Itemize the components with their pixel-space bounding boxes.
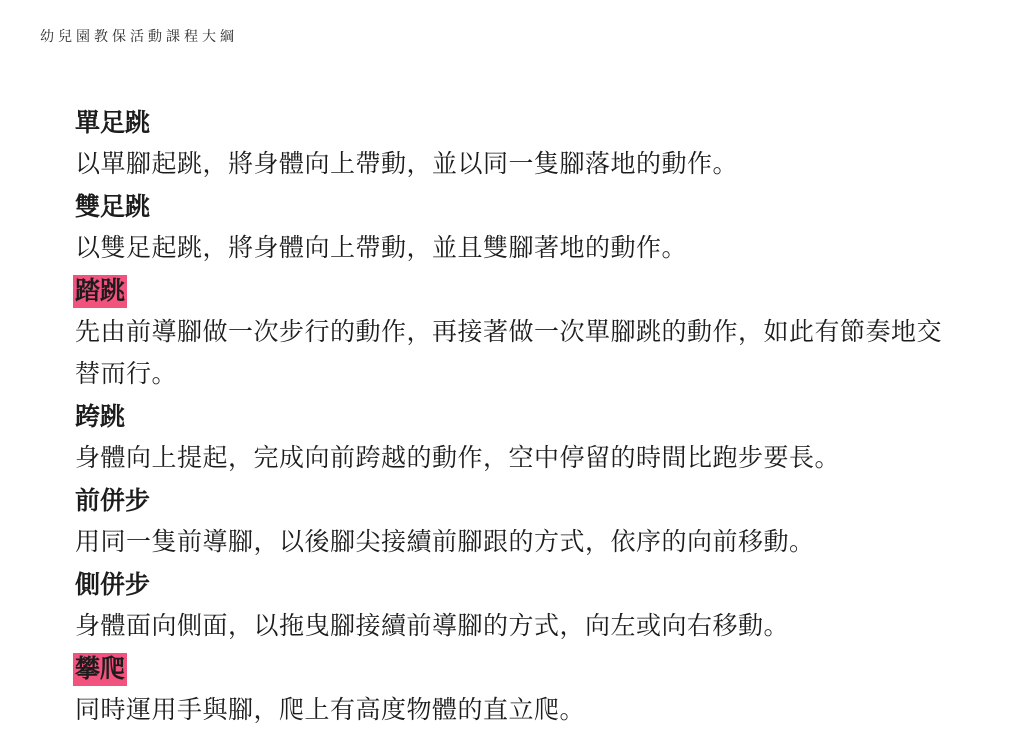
glossary-content: 單足跳 以單腳起跳，將身體向上帶動，並以同一隻腳落地的動作。 雙足跳 以雙足起跳… xyxy=(75,102,961,732)
term-text: 單足跳 xyxy=(73,107,152,140)
term-definition: 身體面向側面，以拖曳腳接續前導腳的方式，向左或向右移動。 xyxy=(75,606,961,648)
glossary-entry: 攀爬 同時運用手與腳，爬上有高度物體的直立爬。 xyxy=(75,648,961,732)
term-text: 跨跳 xyxy=(73,401,127,434)
term-heading: 攀爬 xyxy=(75,648,961,690)
term-heading: 踏跳 xyxy=(75,270,961,312)
glossary-entry: 前併步 用同一隻前導腳，以後腳尖接續前腳跟的方式，依序的向前移動。 xyxy=(75,480,961,564)
term-heading: 跨跳 xyxy=(75,396,961,438)
glossary-entry: 側併步 身體面向側面，以拖曳腳接續前導腳的方式，向左或向右移動。 xyxy=(75,564,961,648)
term-heading: 前併步 xyxy=(75,480,961,522)
glossary-entry: 單足跳 以單腳起跳，將身體向上帶動，並以同一隻腳落地的動作。 xyxy=(75,102,961,186)
term-heading: 雙足跳 xyxy=(75,186,961,228)
term-text: 側併步 xyxy=(73,569,152,602)
term-text: 雙足跳 xyxy=(73,191,152,224)
glossary-entry: 雙足跳 以雙足起跳，將身體向上帶動，並且雙腳著地的動作。 xyxy=(75,186,961,270)
term-text-highlighted: 攀爬 xyxy=(73,653,127,686)
term-text: 前併步 xyxy=(73,485,152,518)
glossary-entry: 踏跳 先由前導腳做一次步行的動作，再接著做一次單腳跳的動作，如此有節奏地交替而行… xyxy=(75,270,961,396)
glossary-entry: 跨跳 身體向上提起，完成向前跨越的動作，空中停留的時間比跑步要長。 xyxy=(75,396,961,480)
document-header-title: 幼兒園教保活動課程大綱 xyxy=(40,26,238,46)
term-definition: 身體向上提起，完成向前跨越的動作，空中停留的時間比跑步要長。 xyxy=(75,438,961,480)
term-heading: 側併步 xyxy=(75,564,961,606)
term-definition: 以雙足起跳，將身體向上帶動，並且雙腳著地的動作。 xyxy=(75,228,961,270)
term-text-highlighted: 踏跳 xyxy=(73,275,127,308)
document-page: 幼兒園教保活動課程大綱 單足跳 以單腳起跳，將身體向上帶動，並以同一隻腳落地的動… xyxy=(0,0,1024,756)
term-heading: 單足跳 xyxy=(75,102,961,144)
term-definition: 同時運用手與腳，爬上有高度物體的直立爬。 xyxy=(75,690,961,732)
term-definition: 先由前導腳做一次步行的動作，再接著做一次單腳跳的動作，如此有節奏地交替而行。 xyxy=(75,312,961,396)
term-definition: 用同一隻前導腳，以後腳尖接續前腳跟的方式，依序的向前移動。 xyxy=(75,522,961,564)
term-definition: 以單腳起跳，將身體向上帶動，並以同一隻腳落地的動作。 xyxy=(75,144,961,186)
